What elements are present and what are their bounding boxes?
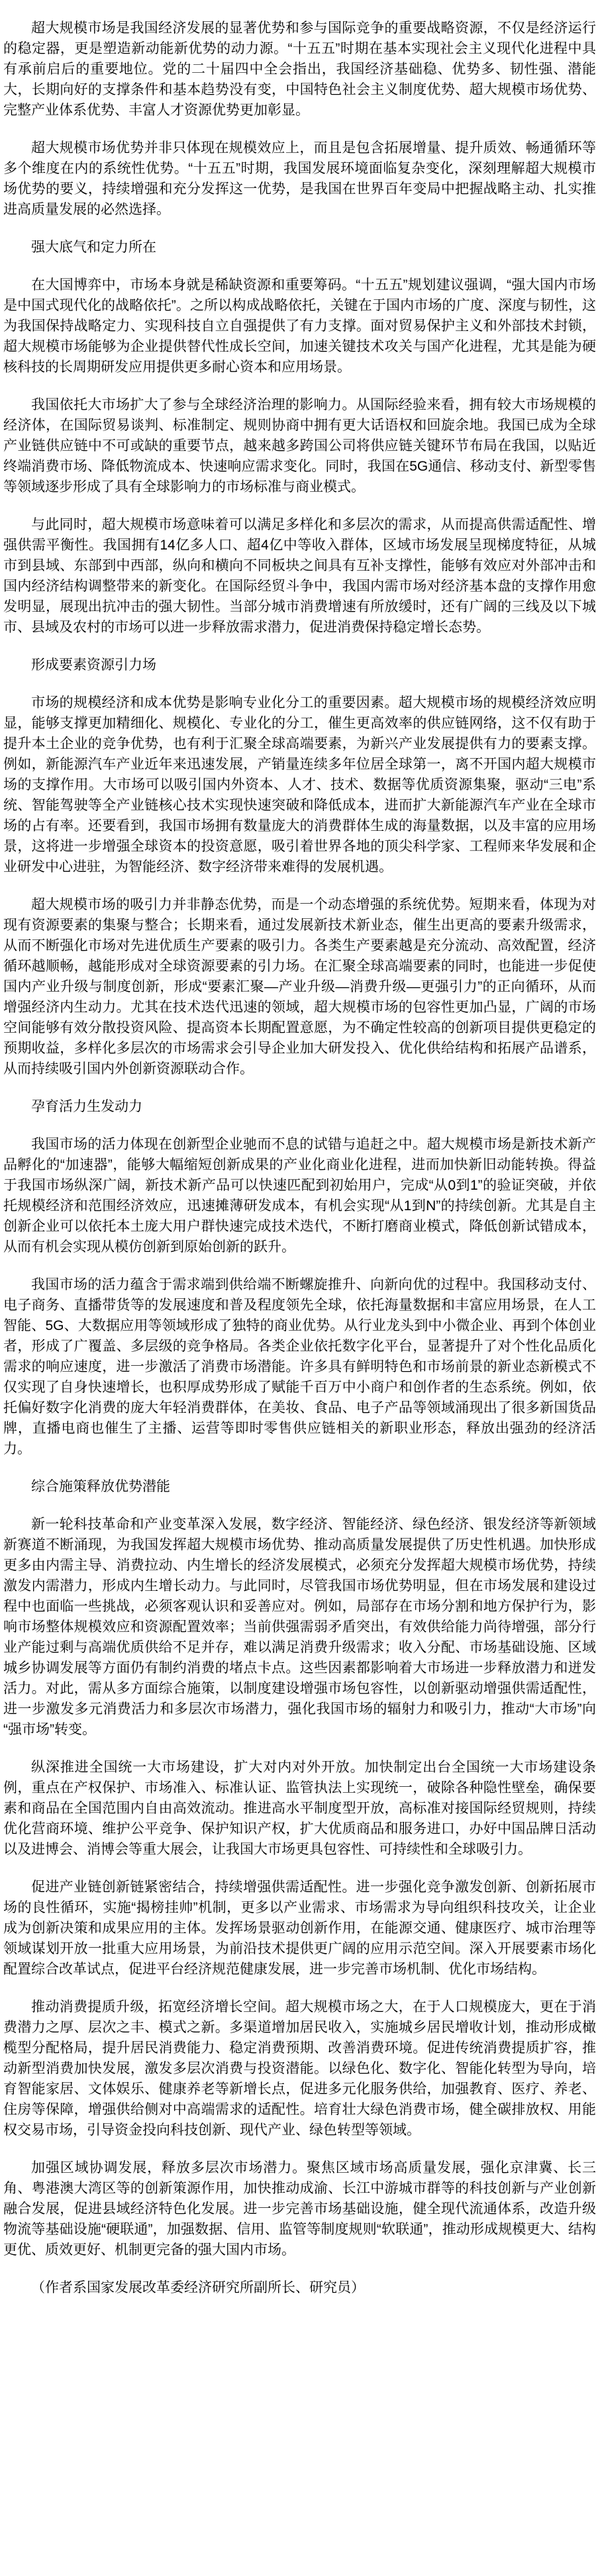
paragraph: 我国依托大市场扩大了参与全球经济治理的影响力。从国际经验来看，拥有较大市场规模的… bbox=[3, 395, 596, 497]
paragraph: 与此同时，超大规模市场意味着可以满足多样化和多层次的需求，从而提高供需适配性、增… bbox=[3, 514, 596, 638]
section-heading: 形成要素资源引力场 bbox=[3, 655, 596, 675]
article-body: 超大规模市场是我国经济发展的显著优势和参与国际竞争的重要战略资源，不仅是经济运行… bbox=[3, 18, 596, 2298]
section-heading: 孕育活力生发动力 bbox=[3, 1096, 596, 1117]
paragraph: 我国市场的活力体现在创新型企业驰而不息的试错与追赶之中。超大规模市场是新技术新产… bbox=[3, 1134, 596, 1257]
section-heading: 综合施策释放优势潜能 bbox=[3, 1476, 596, 1497]
paragraph: 纵深推进全国统一大市场建设，扩大对内对外开放。加快制定出台全国统一大市场建设条例… bbox=[3, 1757, 596, 1860]
paragraph: 超大规模市场是我国经济发展的显著优势和参与国际竞争的重要战略资源，不仅是经济运行… bbox=[3, 18, 596, 120]
article-page: 超大规模市场是我国经济发展的显著优势和参与国际竞争的重要战略资源，不仅是经济运行… bbox=[0, 0, 600, 2576]
author-note: （作者系国家发展改革委经济研究所副所长、研究员） bbox=[3, 2277, 596, 2298]
paragraph: 新一轮科技革命和产业变革深入发展，数字经济、智能经济、绿色经济、银发经济等新领域… bbox=[3, 1514, 596, 1740]
paragraph: 超大规模市场的吸引力并非静态优势，而是一个动态增强的系统优势。短期来看，体现为对… bbox=[3, 894, 596, 1079]
paragraph: 加强区域协调发展，释放多层次市场潜力。聚焦区域市场高质量发展，强化京津冀、长三角… bbox=[3, 2158, 596, 2260]
paragraph: 超大规模市场优势并非只体现在规模效应上，而且是包含拓展增量、提升质效、畅通循环等… bbox=[3, 138, 596, 220]
paragraph: 促进产业链创新链紧密结合，持续增强供需适配性。进一步强化竞争激发创新、创新拓展市… bbox=[3, 1877, 596, 1980]
paragraph: 市场的规模经济和成本优势是影响专业化分工的重要因素。超大规模市场的规模经济效应明… bbox=[3, 692, 596, 877]
paragraph: 推动消费提质升级，拓宽经济增长空间。超大规模市场之大，在于人口规模庞大，更在于消… bbox=[3, 1997, 596, 2140]
paragraph: 在大国博弈中，市场本身就是稀缺资源和重要筹码。“十五五”规划建议强调，“强大国内… bbox=[3, 275, 596, 377]
section-heading: 强大底气和定力所在 bbox=[3, 237, 596, 258]
paragraph: 我国市场的活力蕴含于需求端到供给端不断螺旋推升、向新向优的过程中。我国移动支付、… bbox=[3, 1274, 596, 1459]
